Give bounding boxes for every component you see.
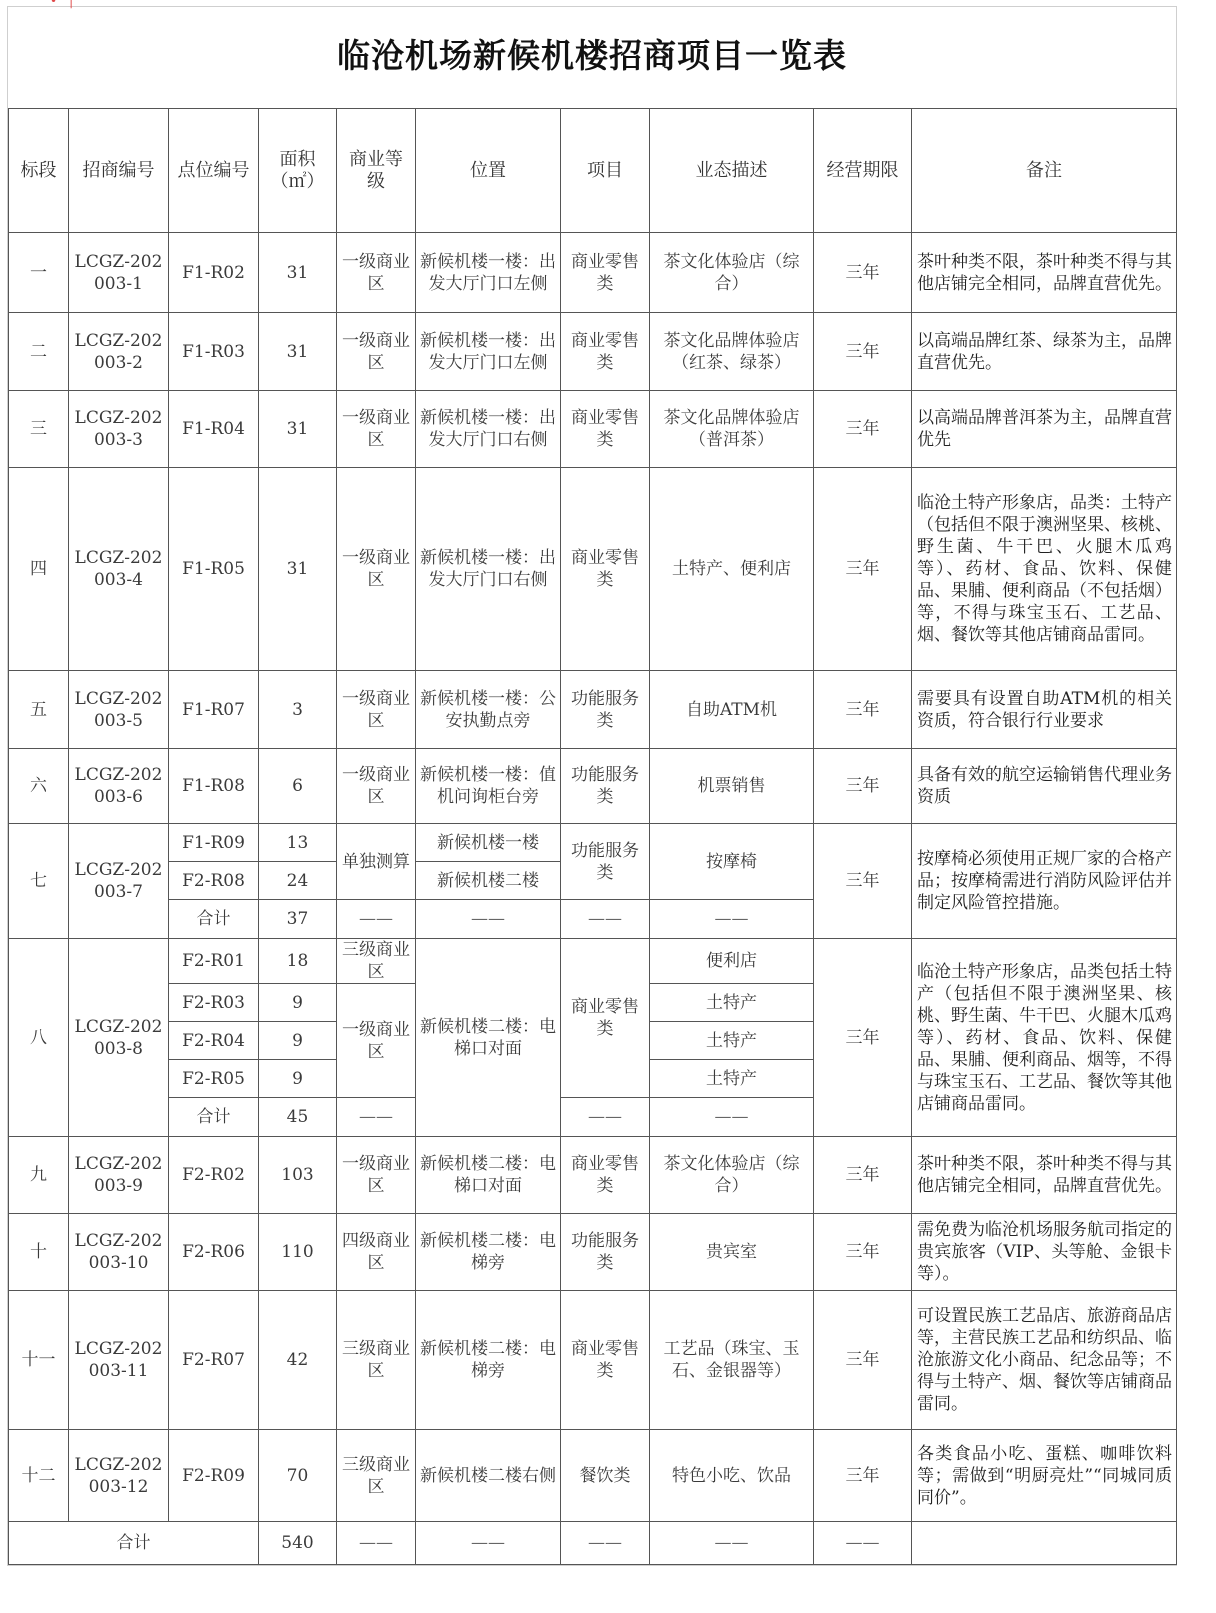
page-title: 临沧机场新候机楼招商项目一览表 [8, 30, 1176, 77]
subtotal-label: 合计 [169, 900, 259, 939]
grade-cell: 四级商业区 [337, 1214, 416, 1291]
grade-cell: 一级商业区 [337, 233, 416, 313]
area-cell: 13 [259, 824, 337, 862]
dash-cell: —— [650, 900, 814, 939]
grade-cell: 一级商业区 [337, 671, 416, 749]
term-cell: 三年 [814, 468, 912, 671]
dash-cell: —— [561, 1098, 650, 1137]
section-cell: 五 [9, 671, 69, 749]
business-cell: 土特产 [650, 1022, 814, 1060]
header-area: 面积（㎡） [259, 109, 337, 233]
spot-cell: F2-R02 [169, 1137, 259, 1214]
table-row: 十 LCGZ-202003-10 F2-R06 110 四级商业区 新候机楼二楼… [9, 1214, 1177, 1291]
code-cell: LCGZ-202003-5 [69, 671, 169, 749]
section-cell: 十 [9, 1214, 69, 1291]
business-cell: 特色小吃、饮品 [650, 1430, 814, 1522]
location-cell: 新候机楼一楼：公安执勤点旁 [416, 671, 561, 749]
note-cell: 需免费为临沧机场服务航司指定的贵宾旅客（VIP、头等舱、金银卡等）。 [912, 1214, 1177, 1291]
section-cell: 四 [9, 468, 69, 671]
note-cell: 以高端品牌红茶、绿茶为主，品牌直营优先。 [912, 313, 1177, 391]
area-cell: 110 [259, 1214, 337, 1291]
business-cell: 按摩椅 [650, 824, 814, 900]
code-cell: LCGZ-202003-10 [69, 1214, 169, 1291]
code-cell: LCGZ-202003-9 [69, 1137, 169, 1214]
grade-cell: 三级商业区 [337, 1291, 416, 1430]
total-area: 540 [259, 1522, 337, 1565]
code-cell: LCGZ-202003-11 [69, 1291, 169, 1430]
code-cell: LCGZ-202003-2 [69, 313, 169, 391]
subtotal-area: 45 [259, 1098, 337, 1137]
table-row: 九 LCGZ-202003-9 F2-R02 103 一级商业区 新候机楼二楼：… [9, 1137, 1177, 1214]
area-cell: 9 [259, 1022, 337, 1060]
leasing-projects-table: 标段 招商编号 点位编号 面积（㎡） 商业等级 位置 项目 业态描述 经营期限 … [8, 108, 1177, 1565]
note-cell: 按摩椅必须使用正规厂家的合格产品；按摩椅需进行消防风险评估并制定风险管控措施。 [912, 824, 1177, 939]
area-cell: 103 [259, 1137, 337, 1214]
project-cell: 商业零售类 [561, 1291, 650, 1430]
location-cell: 新候机楼二楼 [416, 862, 561, 900]
dash-cell: —— [416, 900, 561, 939]
note-cell: 以高端品牌普洱茶为主，品牌直营优先 [912, 391, 1177, 468]
business-cell: 土特产 [650, 1060, 814, 1098]
business-cell: 茶文化品牌体验店（红茶、绿茶） [650, 313, 814, 391]
term-cell: 三年 [814, 671, 912, 749]
code-cell: LCGZ-202003-8 [69, 939, 169, 1137]
header-code: 招商编号 [69, 109, 169, 233]
dash-cell: —— [650, 1522, 814, 1565]
table-row: 十二 LCGZ-202003-12 F2-R09 70 三级商业区 新候机楼二楼… [9, 1430, 1177, 1522]
section-cell: 八 [9, 939, 69, 1137]
term-cell: 三年 [814, 939, 912, 1137]
section-cell: 三 [9, 391, 69, 468]
spot-cell: F1-R09 [169, 824, 259, 862]
spot-cell: F1-R02 [169, 233, 259, 313]
table-row: 六 LCGZ-202003-6 F1-R08 6 一级商业区 新候机楼一楼：值机… [9, 749, 1177, 824]
project-cell: 功能服务类 [561, 824, 650, 900]
area-cell: 9 [259, 984, 337, 1022]
area-cell: 31 [259, 391, 337, 468]
header-section: 标段 [9, 109, 69, 233]
section-cell: 一 [9, 233, 69, 313]
total-note [912, 1522, 1177, 1565]
term-cell: 三年 [814, 1214, 912, 1291]
spot-cell: F1-R08 [169, 749, 259, 824]
spot-cell: F1-R04 [169, 391, 259, 468]
table-row: 二 LCGZ-202003-2 F1-R03 31 一级商业区 新候机楼一楼：出… [9, 313, 1177, 391]
table-row: 三 LCGZ-202003-3 F1-R04 31 一级商业区 新候机楼一楼：出… [9, 391, 1177, 468]
table-row: 一 LCGZ-202003-1 F1-R02 31 一级商业区 新候机楼一楼：出… [9, 233, 1177, 313]
location-cell: 新候机楼二楼：电梯口对面 [416, 939, 561, 1137]
dash-cell: —— [416, 1522, 561, 1565]
subtotal-area: 37 [259, 900, 337, 939]
grade-cell: 一级商业区 [337, 1137, 416, 1214]
spot-cell: F2-R08 [169, 862, 259, 900]
area-cell: 6 [259, 749, 337, 824]
location-cell: 新候机楼二楼：电梯旁 [416, 1214, 561, 1291]
code-cell: LCGZ-202003-3 [69, 391, 169, 468]
location-cell: 新候机楼一楼 [416, 824, 561, 862]
spot-cell: F2-R04 [169, 1022, 259, 1060]
table-row: 八 LCGZ-202003-8 F2-R01 18 三级商业区 新候机楼二楼：电… [9, 939, 1177, 984]
area-cell: 9 [259, 1060, 337, 1098]
dash-cell: —— [337, 1098, 416, 1137]
section-cell: 九 [9, 1137, 69, 1214]
header-spot: 点位编号 [169, 109, 259, 233]
code-cell: LCGZ-202003-7 [69, 824, 169, 939]
note-cell: 可设置民族工艺品店、旅游商品店等，主营民族工艺品和纺织品、临沧旅游文化小商品、纪… [912, 1291, 1177, 1430]
business-cell: 土特产 [650, 984, 814, 1022]
project-cell: 功能服务类 [561, 1214, 650, 1291]
section-cell: 十一 [9, 1291, 69, 1430]
spot-cell: F2-R01 [169, 939, 259, 984]
grade-cell: 一级商业区 [337, 749, 416, 824]
business-cell: 贵宾室 [650, 1214, 814, 1291]
note-cell: 临沧土特产形象店，品类包括土特产（包括但不限于澳洲坚果、核桃、野生菌、牛干巴、火… [912, 939, 1177, 1137]
header-note: 备注 [912, 109, 1177, 233]
location-cell: 新候机楼一楼：出发大厅门口右侧 [416, 391, 561, 468]
grand-total-row: 合计 540 —— —— —— —— —— [9, 1522, 1177, 1565]
business-cell: 自助ATM机 [650, 671, 814, 749]
header-term: 经营期限 [814, 109, 912, 233]
dash-cell: —— [337, 1522, 416, 1565]
subtotal-label: 合计 [169, 1098, 259, 1137]
code-cell: LCGZ-202003-4 [69, 468, 169, 671]
code-cell: LCGZ-202003-1 [69, 233, 169, 313]
corner-mark: • | [50, 0, 73, 8]
section-cell: 七 [9, 824, 69, 939]
spot-cell: F1-R05 [169, 468, 259, 671]
note-cell: 临沧土特产形象店，品类：土特产（包括但不限于澳洲坚果、核桃、野生菌、牛干巴、火腿… [912, 468, 1177, 671]
header-project: 项目 [561, 109, 650, 233]
project-cell: 商业零售类 [561, 1137, 650, 1214]
project-cell: 商业零售类 [561, 391, 650, 468]
table-row: 七 LCGZ-202003-7 F1-R09 13 单独测算 新候机楼一楼 功能… [9, 824, 1177, 862]
location-cell: 新候机楼二楼右侧 [416, 1430, 561, 1522]
header-business: 业态描述 [650, 109, 814, 233]
business-cell: 茶文化品牌体验店（普洱茶） [650, 391, 814, 468]
grade-cell: 三级商业区 [337, 939, 416, 984]
grade-cell: 一级商业区 [337, 391, 416, 468]
dash-cell: —— [337, 900, 416, 939]
term-cell: 三年 [814, 749, 912, 824]
area-cell: 31 [259, 313, 337, 391]
grade-cell: 一级商业区 [337, 468, 416, 671]
spot-cell: F2-R05 [169, 1060, 259, 1098]
spot-cell: F1-R07 [169, 671, 259, 749]
grade-cell: 三级商业区 [337, 1430, 416, 1522]
business-cell: 工艺品（珠宝、玉石、金银器等） [650, 1291, 814, 1430]
dash-cell: —— [650, 1098, 814, 1137]
location-cell: 新候机楼一楼：出发大厅门口右侧 [416, 468, 561, 671]
code-cell: LCGZ-202003-12 [69, 1430, 169, 1522]
spot-cell: F2-R03 [169, 984, 259, 1022]
project-cell: 商业零售类 [561, 939, 650, 1098]
header-grade: 商业等级 [337, 109, 416, 233]
section-cell: 六 [9, 749, 69, 824]
note-cell: 茶叶种类不限，茶叶种类不得与其他店铺完全相同，品牌直营优先。 [912, 1137, 1177, 1214]
grade-cell: 一级商业区 [337, 984, 416, 1098]
section-cell: 十二 [9, 1430, 69, 1522]
section-cell: 二 [9, 313, 69, 391]
dash-cell: —— [814, 1522, 912, 1565]
project-cell: 商业零售类 [561, 233, 650, 313]
grade-cell: 单独测算 [337, 824, 416, 900]
spot-cell: F2-R09 [169, 1430, 259, 1522]
business-cell: 茶文化体验店（综合） [650, 1137, 814, 1214]
term-cell: 三年 [814, 1137, 912, 1214]
area-cell: 18 [259, 939, 337, 984]
table-header-row: 标段 招商编号 点位编号 面积（㎡） 商业等级 位置 项目 业态描述 经营期限 … [9, 109, 1177, 233]
business-cell: 土特产、便利店 [650, 468, 814, 671]
project-cell: 商业零售类 [561, 313, 650, 391]
spot-cell: F1-R03 [169, 313, 259, 391]
term-cell: 三年 [814, 233, 912, 313]
spot-cell: F2-R06 [169, 1214, 259, 1291]
term-cell: 三年 [814, 313, 912, 391]
dash-cell: —— [561, 900, 650, 939]
project-cell: 餐饮类 [561, 1430, 650, 1522]
location-cell: 新候机楼二楼：电梯口对面 [416, 1137, 561, 1214]
table-row: 五 LCGZ-202003-5 F1-R07 3 一级商业区 新候机楼一楼：公安… [9, 671, 1177, 749]
project-cell: 商业零售类 [561, 468, 650, 671]
note-cell: 需要具有设置自助ATM机的相关资质，符合银行行业要求 [912, 671, 1177, 749]
total-label: 合计 [9, 1522, 259, 1565]
spot-cell: F2-R07 [169, 1291, 259, 1430]
header-location: 位置 [416, 109, 561, 233]
table-row: 十一 LCGZ-202003-11 F2-R07 42 三级商业区 新候机楼二楼… [9, 1291, 1177, 1430]
note-cell: 茶叶种类不限，茶叶种类不得与其他店铺完全相同，品牌直营优先。 [912, 233, 1177, 313]
area-cell: 3 [259, 671, 337, 749]
location-cell: 新候机楼一楼：出发大厅门口左侧 [416, 313, 561, 391]
area-cell: 42 [259, 1291, 337, 1430]
dash-cell: —— [561, 1522, 650, 1565]
area-cell: 31 [259, 233, 337, 313]
note-cell: 具备有效的航空运输销售代理业务资质 [912, 749, 1177, 824]
project-cell: 功能服务类 [561, 749, 650, 824]
location-cell: 新候机楼一楼：出发大厅门口左侧 [416, 233, 561, 313]
term-cell: 三年 [814, 1291, 912, 1430]
business-cell: 茶文化体验店（综合） [650, 233, 814, 313]
table-row: 四 LCGZ-202003-4 F1-R05 31 一级商业区 新候机楼一楼：出… [9, 468, 1177, 671]
area-cell: 24 [259, 862, 337, 900]
term-cell: 三年 [814, 391, 912, 468]
note-cell: 各类食品小吃、蛋糕、咖啡饮料等；需做到“明厨亮灶”“同城同质同价”。 [912, 1430, 1177, 1522]
area-cell: 70 [259, 1430, 337, 1522]
grade-cell: 一级商业区 [337, 313, 416, 391]
project-cell: 功能服务类 [561, 671, 650, 749]
business-cell: 机票销售 [650, 749, 814, 824]
location-cell: 新候机楼二楼：电梯旁 [416, 1291, 561, 1430]
term-cell: 三年 [814, 824, 912, 939]
term-cell: 三年 [814, 1430, 912, 1522]
area-cell: 31 [259, 468, 337, 671]
business-cell: 便利店 [650, 939, 814, 984]
location-cell: 新候机楼一楼：值机问询柜台旁 [416, 749, 561, 824]
code-cell: LCGZ-202003-6 [69, 749, 169, 824]
